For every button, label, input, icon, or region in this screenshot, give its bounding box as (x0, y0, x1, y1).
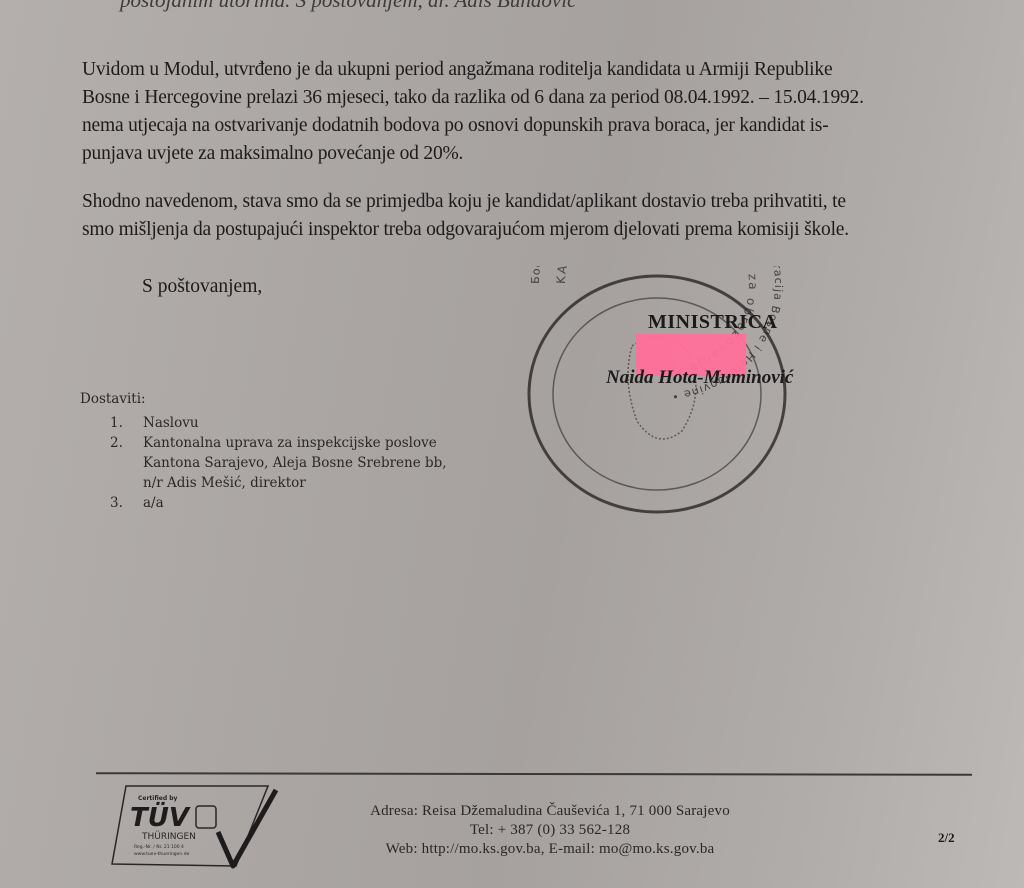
salutation: S poštovanjem, (142, 276, 262, 298)
item-text: Naslovu (143, 413, 199, 433)
paragraph-line: Shodno navedenom, stava smo da se primje… (82, 188, 972, 216)
page-number: 2/2 (938, 830, 955, 846)
footer-web-email: Web: http://mo.ks.gov.ba, E-mail: mo@mo.… (300, 840, 800, 859)
distribution-label: Dostaviti: (80, 391, 146, 407)
tuv-certification-logo-icon: Certified by TÜV THÜRINGEN Reg.-Nr. / Nr… (108, 782, 278, 870)
paragraph-line: nema utjecaja na ostvarivanje dodatnih b… (82, 112, 972, 140)
item-number: 2. (110, 433, 143, 493)
svg-text:THÜRINGEN: THÜRINGEN (141, 831, 196, 842)
paragraph-line: Bosne i Hercegovine prelazi 36 mjeseci, … (82, 84, 972, 112)
paragraph-modul-review: Uvidom u Modul, utvrđeno je da ukupni pe… (82, 56, 972, 168)
distribution-list: 1. Naslovu 2. Kantonalna uprava za inspe… (110, 413, 447, 513)
distribution-item: 3. a/a (110, 493, 447, 513)
footer-contact: Adresa: Reisa Džemaludina Čauševića 1, 7… (300, 802, 800, 859)
svg-text:TÜV: TÜV (130, 800, 191, 833)
distribution-item: 2. Kantonalna uprava za inspekcijske pos… (110, 433, 447, 493)
footer-divider (96, 772, 972, 776)
svg-text:Certified by: Certified by (138, 795, 178, 802)
svg-text:www.tuev-thueringen.de: www.tuev-thueringen.de (134, 851, 190, 857)
item-number: 1. (110, 413, 143, 433)
paragraph-line: Uvidom u Modul, utvrđeno je da ukupni pe… (82, 56, 972, 84)
signatory-title: MINISTRICA (648, 311, 777, 334)
distribution-item: 1. Naslovu (110, 413, 447, 433)
signatory-name: Naida Hota-Muminović (606, 367, 793, 389)
previous-page-text-fragment: postojanim utorima. S poštovanjem, dr. A… (120, 0, 576, 13)
paragraph-line: punjava uvjete za maksimalno povećanje o… (82, 140, 972, 168)
item-text: Kantonalna uprava za inspekcijske poslov… (143, 433, 447, 493)
paragraph-conclusion: Shodno navedenom, stava smo da se primje… (82, 188, 972, 244)
svg-text:Reg.-Nr. / Nr. 21 100 4: Reg.-Nr. / Nr. 21 100 4 (134, 844, 184, 850)
footer-address: Adresa: Reisa Džemaludina Čauševića 1, 7… (300, 802, 800, 821)
item-number: 3. (110, 493, 143, 513)
official-stamp-icon: Босна и Херцеговина • Bosna i Hercegovin… (512, 266, 802, 522)
paragraph-line: smo mišljenja da postupajući inspektor t… (82, 216, 972, 244)
item-text: a/a (143, 493, 164, 513)
footer-phone: Tel: + 387 (0) 33 562-128 (300, 821, 800, 840)
